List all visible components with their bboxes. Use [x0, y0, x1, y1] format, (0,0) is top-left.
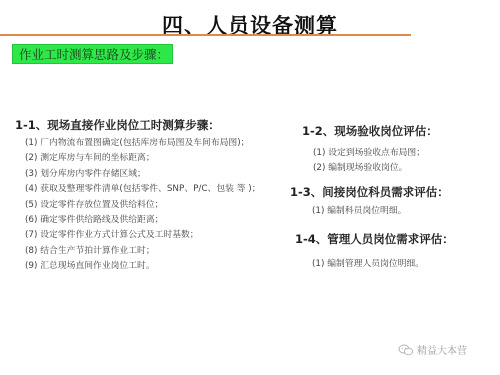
section-heading: 1-1、现场直接作业岗位工时测算步骤：	[15, 117, 261, 133]
step-list: (1) 厂内物流布置图确定(包括库房布局图及车间布局图)； (2) 测定库房与车…	[15, 136, 261, 275]
section-1-2: 1-2、现场验收岗位评估： (1) 设定到场验收点布局图； (2) 编制现场验收…	[302, 123, 438, 177]
list-item: (8) 结合生产节拍计算作业工时；	[25, 244, 261, 259]
section-1-1: 1-1、现场直接作业岗位工时测算步骤： (1) 厂内物流布置图确定(包括库房布局…	[15, 117, 261, 275]
list-item: (7) 设定零件作业方式计算公式及工时基数；	[25, 228, 261, 243]
wechat-icon	[398, 344, 414, 356]
list-item: (1) 编制管理人员岗位明细。	[312, 257, 454, 272]
section-heading: 1-4、管理人员岗位需求评估：	[295, 231, 454, 247]
list-item: (6) 确定零件供给路线及供给距离；	[25, 213, 261, 228]
step-list: (1) 设定到场验收点布局图； (2) 编制现场验收岗位。	[302, 146, 438, 177]
section-1-4: 1-4、管理人员岗位需求评估： (1) 编制管理人员岗位明细。	[295, 231, 454, 272]
list-item: (2) 编制现场验收岗位。	[313, 161, 438, 176]
list-item: (4) 获取及整理零件清单(包括零件、SNP、P/C、包装 等 )；	[25, 182, 261, 197]
title-divider	[0, 34, 411, 36]
section-heading: 1-2、现场验收岗位评估：	[302, 123, 438, 139]
list-item: (9) 汇总现场直间作业岗位工时。	[25, 259, 261, 274]
step-list: (1) 编制科员岗位明细。	[290, 204, 449, 219]
list-item: (1) 编制科员岗位明细。	[312, 204, 449, 219]
watermark-text: 精益大本营	[417, 342, 467, 357]
list-item: (5) 设定零件存放位置及供给料位；	[25, 198, 261, 213]
watermark: 精益大本营	[398, 342, 467, 357]
list-item: (3) 划分库房内零件存储区域；	[25, 167, 261, 182]
section-heading: 1-3、间接岗位科员需求评估：	[290, 184, 449, 200]
section-label: 作业工时测算思路及步骤：	[12, 44, 173, 64]
list-item: (1) 厂内物流布置图确定(包括库房布局图及车间布局图)；	[25, 136, 261, 151]
section-1-3: 1-3、间接岗位科员需求评估： (1) 编制科员岗位明细。	[290, 184, 449, 219]
list-item: (1) 设定到场验收点布局图；	[313, 146, 438, 161]
list-item: (2) 测定库房与车间的坐标距离；	[25, 151, 261, 166]
step-list: (1) 编制管理人员岗位明细。	[295, 257, 454, 272]
